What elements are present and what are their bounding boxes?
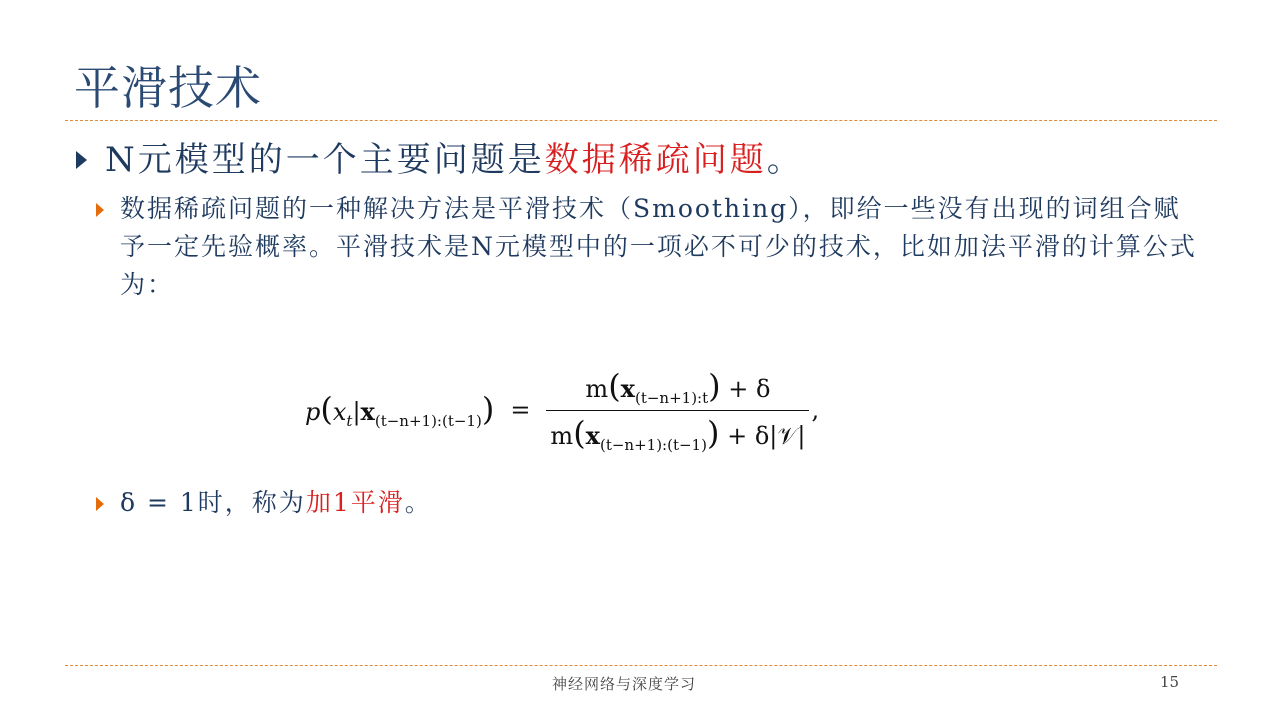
formula-p: p <box>305 398 320 426</box>
bullet1-highlight: 数据稀疏问题 <box>545 138 767 182</box>
triangle-bullet-icon <box>76 151 87 169</box>
formula-equals: = <box>510 396 530 424</box>
formula-num-x: x <box>621 374 635 403</box>
bullet1-text: N元模型的一个主要问题是 <box>105 138 545 182</box>
additive-smoothing-formula: p(xt|x(t−n+1):(t−1)) = m(x(t−n+1):t) + δ… <box>305 365 905 455</box>
formula-den-x: x <box>586 421 600 450</box>
formula-t: t <box>346 412 352 430</box>
formula-numerator: m(x(t−n+1):t) + δ <box>581 367 774 407</box>
formula-comma: , <box>811 396 819 424</box>
title-divider <box>65 120 1217 121</box>
fraction-bar <box>546 410 809 411</box>
bullet-level2-smoothing: 数据稀疏问题的一种解决方法是平滑技术（Smoothing），即给一些没有出现的词… <box>96 190 1206 304</box>
formula-x: x <box>333 398 347 426</box>
formula-den-m: m <box>550 422 573 450</box>
slide-title: 平滑技术 <box>74 58 262 118</box>
bullet1-end: 。 <box>767 138 804 182</box>
formula-num-delta: + δ <box>728 375 770 403</box>
formula-denominator: m(x(t−n+1):(t−1)) + δ|𝒱| <box>546 414 809 454</box>
formula-num-m: m <box>585 375 608 403</box>
formula-fraction: m(x(t−n+1):t) + δ m(x(t−n+1):(t−1)) + δ|… <box>546 367 809 454</box>
formula-lhs: p(xt|x(t−n+1):(t−1)) <box>305 390 494 430</box>
footer-course-title: 神经网络与深度学习 <box>552 673 696 694</box>
bullet3-end: 。 <box>405 488 432 517</box>
triangle-bullet-icon <box>96 497 104 511</box>
bullet3-text: δ = 1时，称为 <box>120 488 306 517</box>
triangle-bullet-icon <box>96 203 104 217</box>
footer-divider <box>65 665 1217 666</box>
bullet2-text: 数据稀疏问题的一种解决方法是平滑技术（Smoothing），即给一些没有出现的词… <box>120 190 1206 304</box>
bullet-level2-add-one: δ = 1时，称为加1平滑。 <box>96 484 1206 522</box>
formula-bold-x: x <box>361 397 375 426</box>
formula-lhs-sub: (t−n+1):(t−1) <box>375 412 482 430</box>
bullet3-highlight: 加1平滑 <box>306 488 405 517</box>
formula-den-delta-v: + δ|𝒱| <box>727 422 805 450</box>
formula-den-sub: (t−n+1):(t−1) <box>600 435 707 453</box>
page-number: 15 <box>1160 673 1179 691</box>
bullet3-line: δ = 1时，称为加1平滑。 <box>120 484 1206 522</box>
formula-num-sub: (t−n+1):t <box>635 389 708 407</box>
bullet-level1: N元模型的一个主要问题是数据稀疏问题。 <box>76 138 804 182</box>
